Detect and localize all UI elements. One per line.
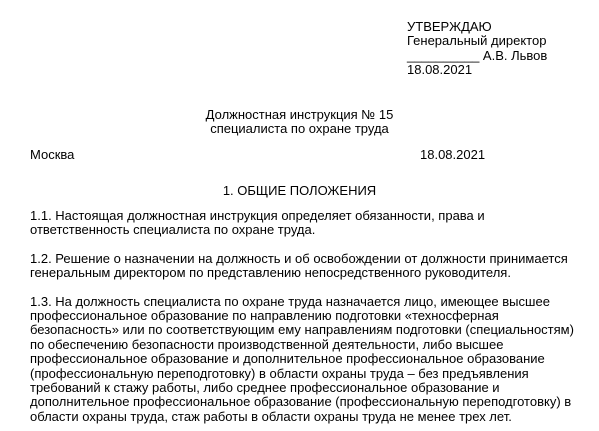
- section-body: 1.1. Настоящая должностная инструкция оп…: [30, 209, 579, 431]
- paragraph-1-3: 1.3. На должность специалиста по охране …: [30, 295, 579, 425]
- approval-block: УТВЕРЖДАЮ Генеральный директор _________…: [407, 20, 547, 78]
- paragraph-1-1: 1.1. Настоящая должностная инструкция оп…: [30, 209, 579, 238]
- paragraph-1-2: 1.2. Решение о назначении на должность и…: [30, 252, 579, 281]
- section-heading: 1. ОБЩИЕ ПОЛОЖЕНИЯ: [0, 184, 599, 198]
- signature-line: __________ А.В. Львов: [407, 49, 547, 63]
- place-city: Москва: [30, 148, 74, 162]
- document-title: Должностная инструкция № 15 специалиста …: [0, 108, 599, 137]
- document-page: УТВЕРЖДАЮ Генеральный директор _________…: [0, 0, 599, 431]
- approver-title: Генеральный директор: [407, 34, 547, 48]
- approval-date: 18.08.2021: [407, 63, 547, 77]
- document-title-line1: Должностная инструкция № 15: [0, 108, 599, 122]
- document-date: 18.08.2021: [420, 148, 485, 162]
- document-title-line2: специалиста по охране труда: [0, 122, 599, 136]
- approval-word: УТВЕРЖДАЮ: [407, 20, 547, 34]
